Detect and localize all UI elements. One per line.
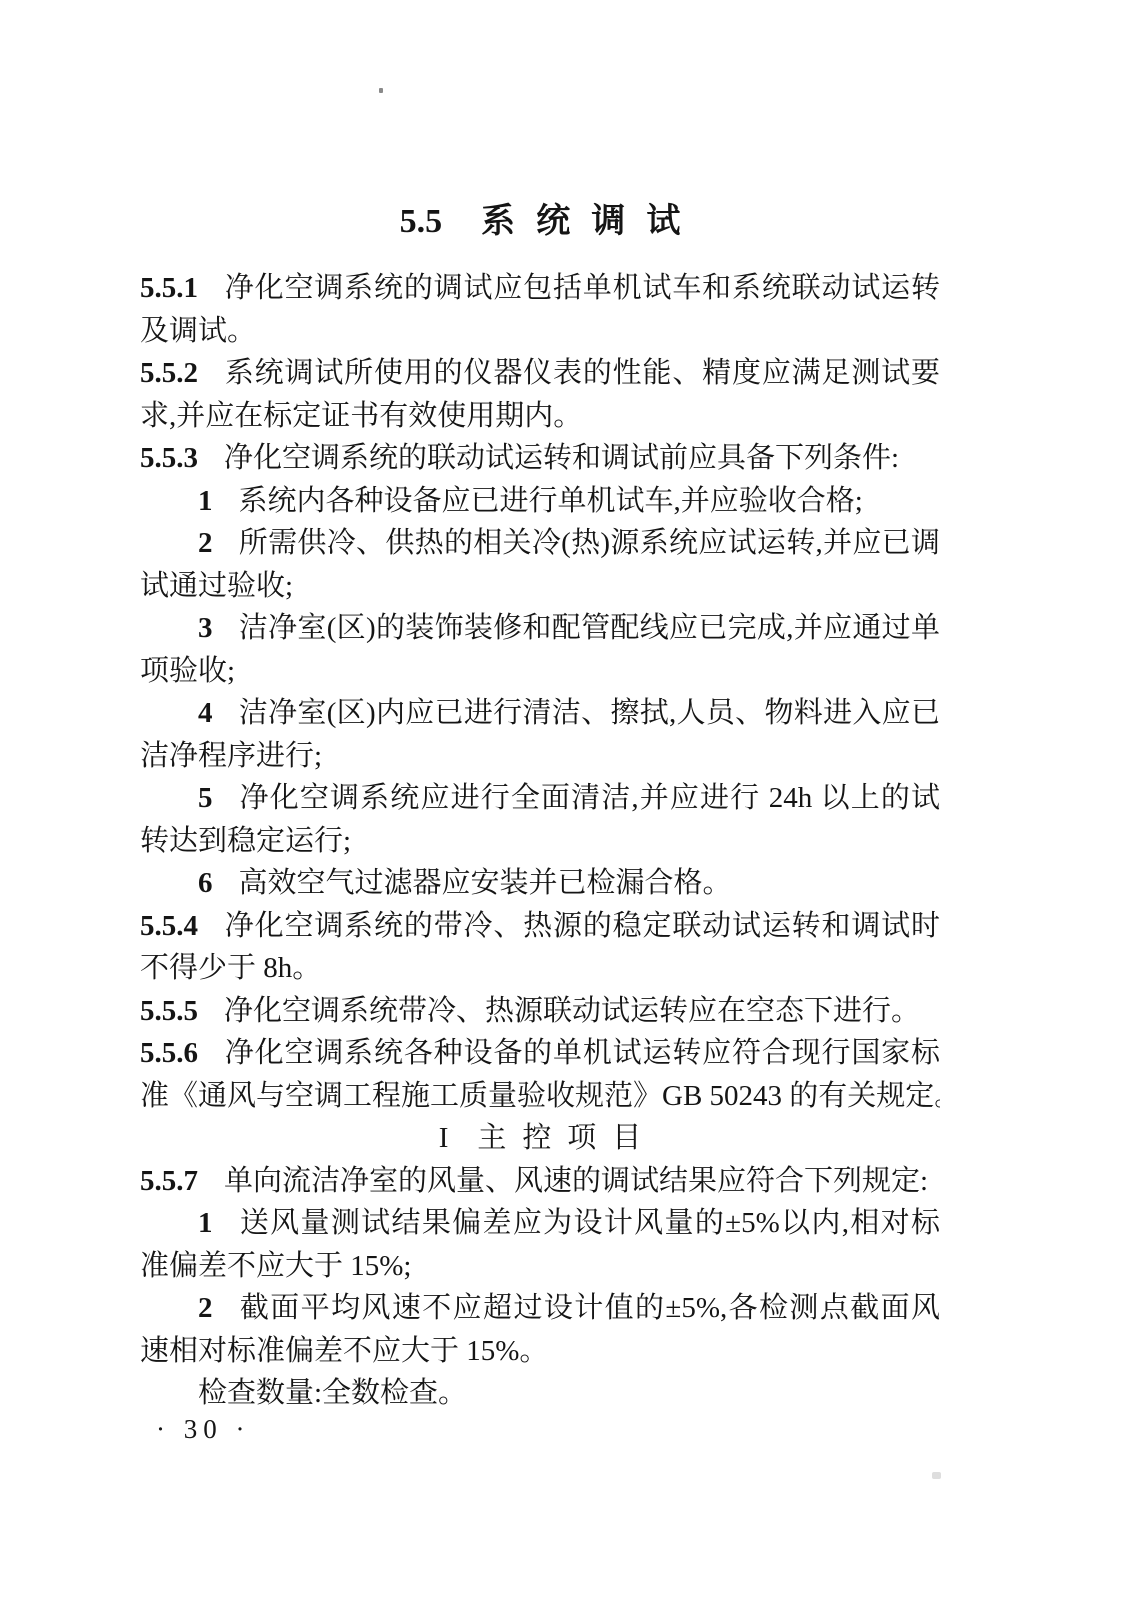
clause-553-line-1: 5.5.3净化空调系统的联动试运转和调试前应具备下列条件: — [140, 437, 940, 480]
item-text: 项验收; — [140, 655, 235, 687]
section-heading: 5.5系统调试 — [140, 198, 940, 246]
item-text: 速相对标准偏差不应大于 15%。 — [140, 1335, 548, 1367]
body-text: 5.5.1净化空调系统的调试应包括单机试车和系统联动试运转 及调试。 5.5.2… — [140, 267, 940, 1415]
clause-552-line-1: 5.5.2系统调试所使用的仪器仪表的性能、精度应满足测试要 — [140, 352, 940, 395]
clause-text: 准《通风与空调工程施工质量验收规范》GB 50243 的有关规定。 — [140, 1080, 940, 1112]
clause-551-line-1: 5.5.1净化空调系统的调试应包括单机试车和系统联动试运转 — [140, 267, 940, 310]
item-text: 所需供冷、供热的相关冷(热)源系统应试运转,并应已调 — [239, 527, 941, 559]
item-5-line-1: 5净化空调系统应进行全面清洁,并应进行 24h 以上的试运 — [140, 777, 940, 820]
item-number: 6 — [198, 867, 213, 899]
item-5-line-2: 转达到稳定运行; — [140, 820, 940, 863]
item-6-line-1: 6高效空气过滤器应安装并已检漏合格。 — [140, 862, 940, 905]
clause-text: 单向流洁净室的风量、风速的调试结果应符合下列规定: — [224, 1165, 928, 1197]
scan-artifact-dot — [379, 88, 383, 93]
clause-text: 不得少于 8h。 — [140, 952, 321, 984]
clause-text: 净化空调系统各种设备的单机试运转应符合现行国家标 — [224, 1037, 940, 1069]
clause-text: 净化空调系统的联动试运转和调试前应具备下列条件: — [224, 442, 899, 474]
scan-artifact-smudge — [932, 1472, 941, 1479]
clause-555-line-1: 5.5.5净化空调系统带冷、热源联动试运转应在空态下进行。 — [140, 990, 940, 1033]
clause-number: 5.5.4 — [140, 910, 198, 942]
item-number: 1 — [198, 1207, 213, 1239]
clause-number: 5.5.7 — [140, 1165, 198, 1197]
clause-number: 5.5.2 — [140, 357, 198, 389]
item-4-line-1: 4洁净室(区)内应已进行清洁、擦拭,人员、物料进入应已按 — [140, 692, 940, 735]
item-text: 系统内各种设备应已进行单机试车,并应验收合格; — [239, 485, 863, 517]
clause-551-line-2: 及调试。 — [140, 310, 940, 353]
item-1-line-2b: 准偏差不应大于 15%; — [140, 1245, 940, 1288]
item-2-line-2b: 速相对标准偏差不应大于 15%。 — [140, 1330, 940, 1373]
item-1-line-1: 1系统内各种设备应已进行单机试车,并应验收合格; — [140, 480, 940, 523]
clause-text: 净化空调系统带冷、热源联动试运转应在空态下进行。 — [224, 995, 920, 1027]
item-2-line-1: 2所需供冷、供热的相关冷(热)源系统应试运转,并应已调 — [140, 522, 940, 565]
clause-number: 5.5.6 — [140, 1037, 198, 1069]
clause-554-line-2: 不得少于 8h。 — [140, 947, 940, 990]
clause-556-line-2: 准《通风与空调工程施工质量验收规范》GB 50243 的有关规定。 — [140, 1075, 940, 1118]
item-text: 洁净室(区)的装饰装修和配管配线应已完成,并应通过单 — [239, 612, 941, 644]
section-number: 5.5 — [400, 203, 443, 240]
inspection-quantity-line: 检查数量:全数检查。 — [140, 1372, 940, 1415]
document-page: 5.5系统调试 5.5.1净化空调系统的调试应包括单机试车和系统联动试运转 及调… — [0, 0, 1142, 1600]
item-number: 5 — [198, 782, 213, 814]
item-text: 净化空调系统应进行全面清洁,并应进行 24h 以上的试运 — [198, 782, 940, 820]
subsection-title: 主控项目 — [477, 1122, 657, 1154]
clause-554-line-1: 5.5.4净化空调系统的带冷、热源的稳定联动试运转和调试时间 — [140, 905, 940, 948]
item-text: 转达到稳定运行; — [140, 825, 351, 857]
item-1-line-1b: 1送风量测试结果偏差应为设计风量的±5%以内,相对标 — [140, 1202, 940, 1245]
item-3-line-2: 项验收; — [140, 650, 940, 693]
subsection-heading: I主控项目 — [140, 1117, 940, 1160]
item-2-line-1b: 2截面平均风速不应超过设计值的±5%,各检测点截面风 — [140, 1287, 940, 1330]
item-number: 4 — [198, 697, 213, 729]
clause-number: 5.5.5 — [140, 995, 198, 1027]
item-3-line-1: 3洁净室(区)的装饰装修和配管配线应已完成,并应通过单 — [140, 607, 940, 650]
item-text: 准偏差不应大于 15%; — [140, 1250, 411, 1282]
clause-text: 及调试。 — [140, 315, 256, 347]
item-text: 送风量测试结果偏差应为设计风量的±5%以内,相对标 — [239, 1207, 941, 1239]
clause-557-line-1: 5.5.7单向流洁净室的风量、风速的调试结果应符合下列规定: — [140, 1160, 940, 1203]
clause-number: 5.5.3 — [140, 442, 198, 474]
clause-number: 5.5.1 — [140, 272, 198, 304]
item-number: 3 — [198, 612, 213, 644]
item-4-line-2: 洁净程序进行; — [140, 735, 940, 778]
item-text: 截面平均风速不应超过设计值的±5%,各检测点截面风 — [239, 1292, 941, 1324]
item-number: 1 — [198, 485, 213, 517]
clause-text: 净化空调系统的调试应包括单机试车和系统联动试运转 — [224, 272, 940, 304]
subsection-numeral: I — [439, 1122, 449, 1154]
item-text: 洁净程序进行; — [140, 740, 322, 772]
page-number: · 30 · — [156, 1412, 250, 1446]
item-2-line-2: 试通过验收; — [140, 565, 940, 608]
clause-556-line-1: 5.5.6净化空调系统各种设备的单机试运转应符合现行国家标 — [140, 1032, 940, 1075]
inspection-quantity-text: 检查数量:全数检查。 — [198, 1377, 467, 1409]
item-number: 2 — [198, 527, 213, 559]
section-title: 系统调试 — [481, 203, 701, 240]
item-number: 2 — [198, 1292, 213, 1324]
item-text: 洁净室(区)内应已进行清洁、擦拭,人员、物料进入应已按 — [198, 697, 940, 735]
clause-552-line-2: 求,并应在标定证书有效使用期内。 — [140, 395, 940, 438]
item-text: 试通过验收; — [140, 570, 293, 602]
clause-text: 求,并应在标定证书有效使用期内。 — [140, 400, 582, 432]
clause-text: 系统调试所使用的仪器仪表的性能、精度应满足测试要 — [224, 357, 940, 389]
clause-text: 净化空调系统的带冷、热源的稳定联动试运转和调试时间 — [140, 910, 940, 948]
item-text: 高效空气过滤器应安装并已检漏合格。 — [239, 867, 732, 899]
